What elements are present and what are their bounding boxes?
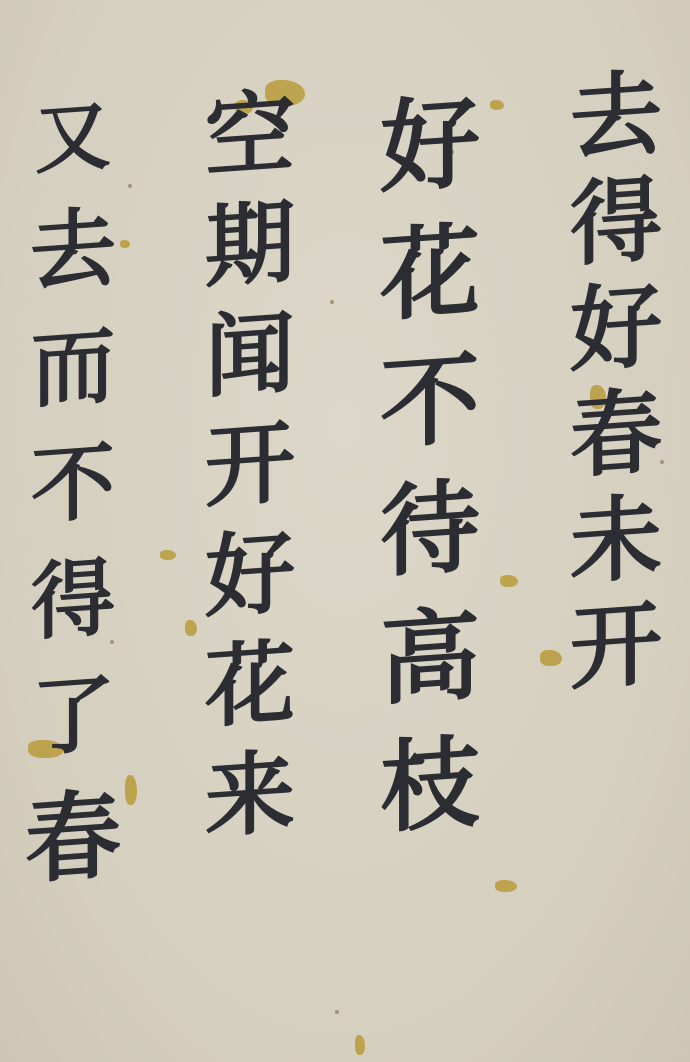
calligraphy-char: 待 xyxy=(380,476,480,583)
calligraphy-char: 春 xyxy=(25,787,121,890)
calligraphy-char: 好 xyxy=(380,92,480,199)
gold-fleck xyxy=(500,575,518,587)
ink-speck xyxy=(128,184,132,188)
calligraphy-char: 期 xyxy=(205,197,295,293)
calligraphy-char: 而 xyxy=(31,323,115,413)
calligraphy-char: 不 xyxy=(31,439,115,529)
calligraphy-char: 春 xyxy=(570,385,662,483)
gold-fleck xyxy=(495,880,517,892)
gold-fleck xyxy=(120,240,130,248)
calligraphy-column-1: 去 得 好 春 未 开 xyxy=(570,70,662,692)
calligraphy-column-2: 好 花 不 待 高 枝 xyxy=(380,95,480,835)
calligraphy-char: 闻 xyxy=(205,307,295,403)
calligraphy-column-3: 空 期 闻 开 好 花 来 xyxy=(205,90,295,840)
calligraphy-char: 好 xyxy=(570,279,662,377)
gold-fleck xyxy=(490,100,504,110)
calligraphy-char: 开 xyxy=(205,417,295,513)
gold-fleck xyxy=(160,550,176,560)
gold-fleck xyxy=(355,1035,365,1055)
calligraphy-column-4: 又 去 而 不 得 了 春 xyxy=(25,100,121,886)
calligraphy-char: 花 xyxy=(205,637,295,733)
calligraphy-char: 不 xyxy=(380,348,480,455)
calligraphy-char: 未 xyxy=(570,491,662,589)
calligraphy-char: 又 xyxy=(35,97,111,178)
calligraphy-char: 空 xyxy=(205,87,295,183)
calligraphy-char: 高 xyxy=(380,604,480,711)
calligraphy-char: 枝 xyxy=(380,732,480,839)
ink-speck xyxy=(330,300,334,304)
calligraphy-char: 来 xyxy=(205,747,295,843)
calligraphy-char: 花 xyxy=(380,220,480,327)
ink-speck xyxy=(335,1010,339,1014)
calligraphy-char: 好 xyxy=(205,527,295,623)
calligraphy-char: 得 xyxy=(570,173,662,271)
calligraphy-char: 得 xyxy=(31,555,115,645)
calligraphy-paper: 去 得 好 春 未 开 好 花 不 待 高 枝 空 期 闻 开 好 花 来 又 … xyxy=(0,0,690,1062)
calligraphy-char: 去 xyxy=(570,67,662,165)
calligraphy-char: 开 xyxy=(570,597,662,695)
calligraphy-char: 去 xyxy=(30,205,116,297)
gold-fleck xyxy=(125,775,137,805)
calligraphy-char: 了 xyxy=(31,671,115,761)
gold-fleck xyxy=(540,650,562,666)
gold-fleck xyxy=(185,620,197,636)
